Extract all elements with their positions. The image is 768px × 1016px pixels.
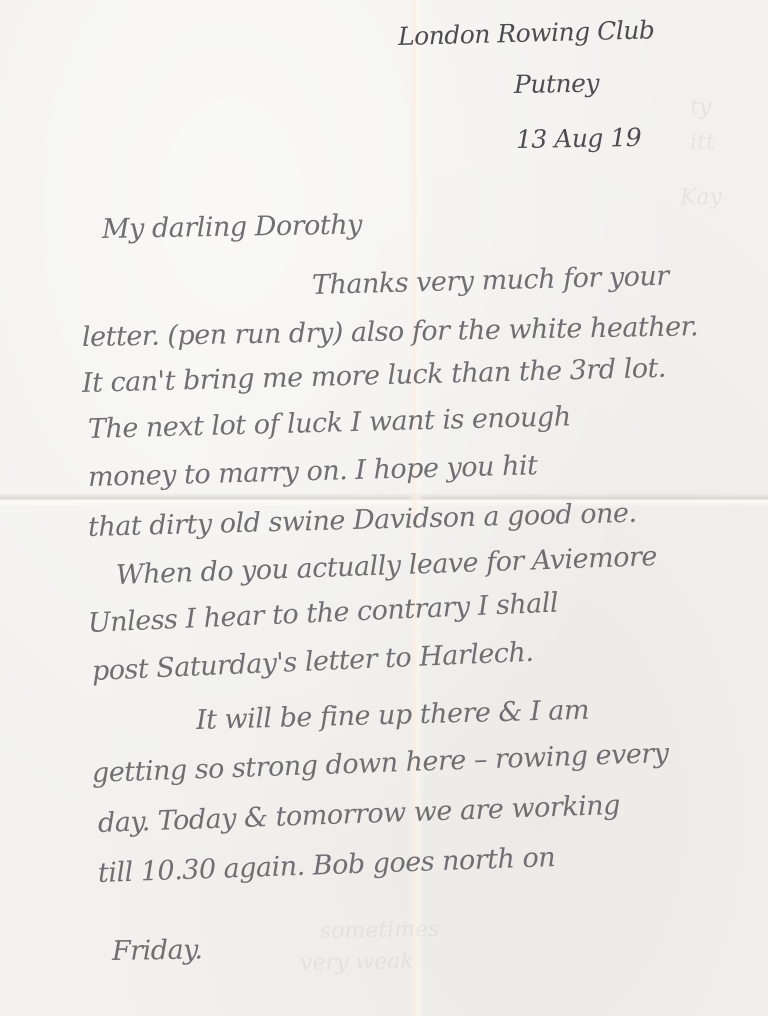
letter-date: 13 Aug 19 [516, 123, 642, 154]
body-line: Friday. [112, 934, 203, 967]
body-line: Unless I hear to the contrary I shall [87, 587, 558, 638]
show-through-mark: very weak [300, 949, 414, 976]
body-line: till 10.30 again. Bob goes north on [97, 842, 555, 889]
salutation: My darling Dorothy [102, 209, 362, 245]
address-line-2: Putney [514, 69, 599, 99]
body-line: money to marry on. I hope you hit [88, 450, 538, 493]
body-line: post Saturday's letter to Harlech. [91, 637, 534, 687]
body-line: letter. (pen run dry) also for the white… [82, 311, 699, 353]
body-line: When do you actually leave for Aviemore [115, 541, 657, 591]
show-through-mark: Kay [680, 185, 722, 211]
body-line: day. Today & tomorrow we are working [97, 790, 620, 839]
body-line: Thanks very much for your [312, 261, 669, 301]
body-line: getting so strong down here – rowing eve… [91, 738, 668, 789]
show-through-mark: itt [690, 130, 715, 155]
show-through-mark: sometimes [320, 917, 440, 944]
body-line: It can't bring me more luck than the 3rd… [82, 353, 667, 399]
letter-page: ty itt Kay sometimes very weak London Ro… [0, 0, 768, 1016]
body-line: The next lot of luck I want is enough [88, 401, 571, 445]
show-through-mark: ty [690, 95, 712, 120]
address-line-1: London Rowing Club [398, 15, 655, 51]
body-line: It will be fine up there & I am [196, 695, 590, 736]
